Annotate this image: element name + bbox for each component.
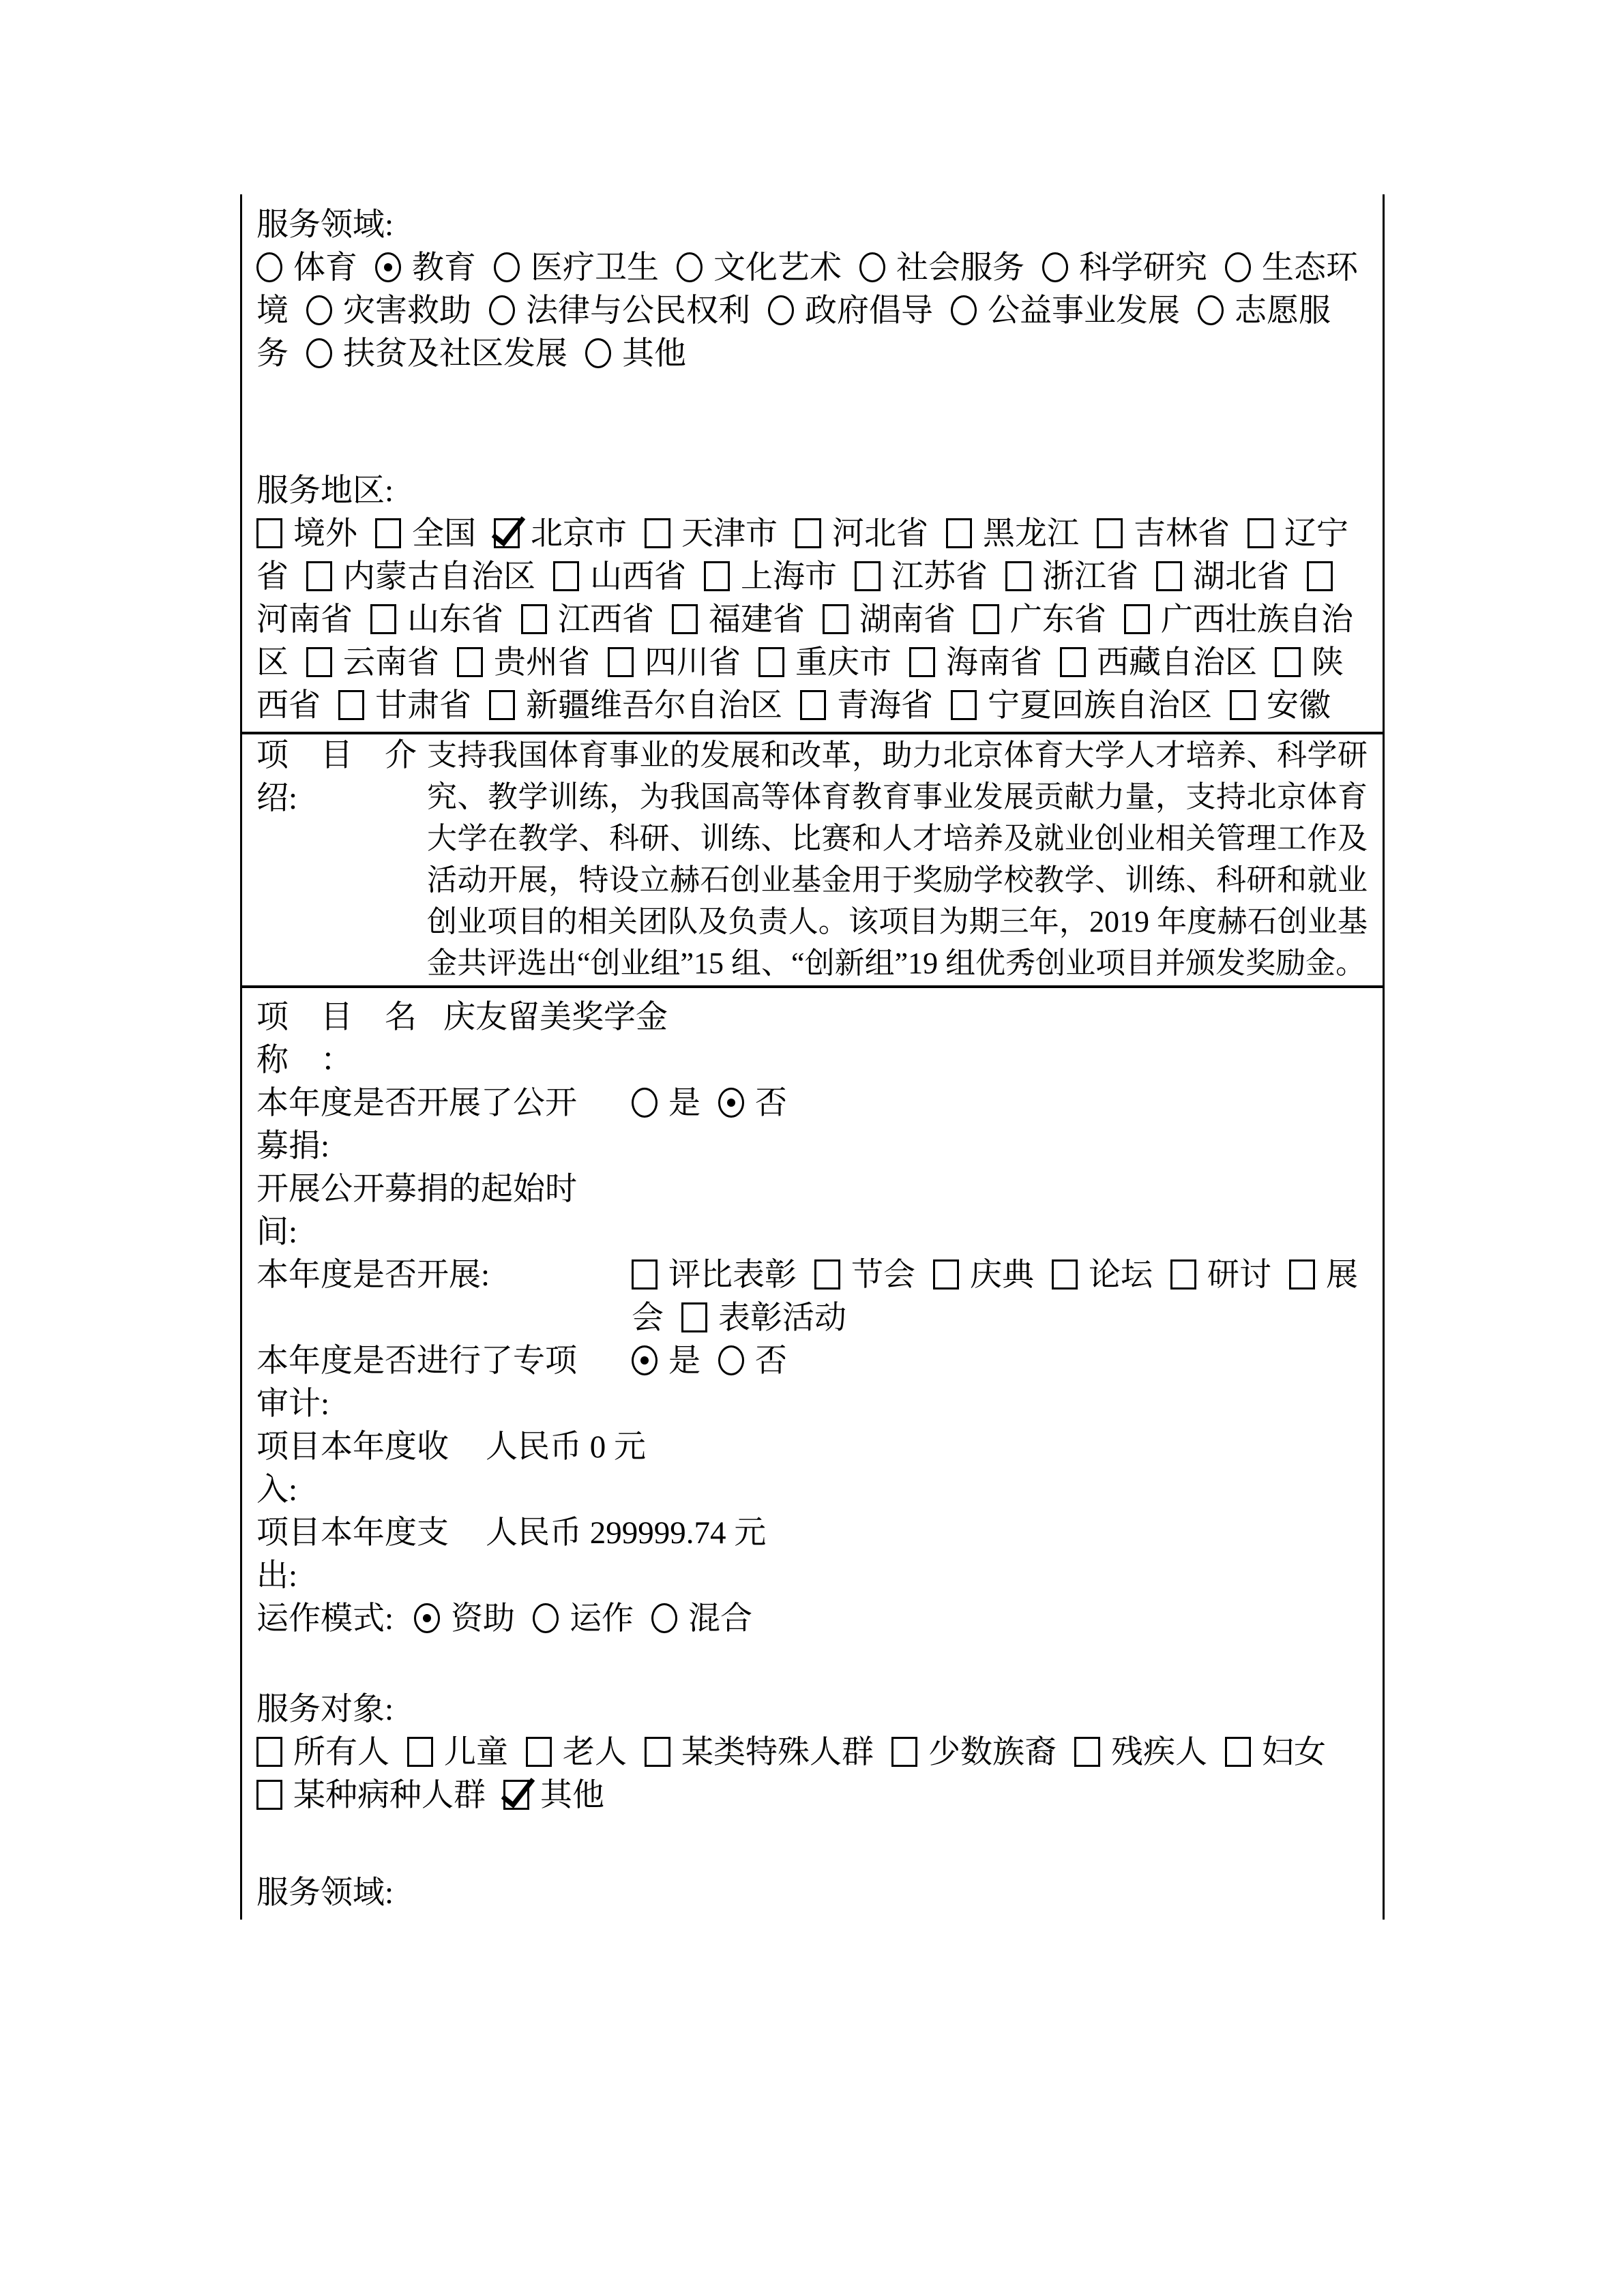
radio-option[interactable]: 混合 bbox=[651, 1601, 770, 1637]
checkbox-option[interactable]: 浙江省 bbox=[1005, 559, 1156, 595]
checkbox-option[interactable]: 论坛 bbox=[1052, 1257, 1170, 1293]
radio-option-label: 否 bbox=[755, 1343, 787, 1379]
checkbox-icon[interactable] bbox=[951, 690, 977, 720]
checkbox-option[interactable]: 全国 bbox=[375, 516, 494, 552]
checkbox-option-label: 妇女 bbox=[1262, 1735, 1326, 1770]
checkbox-icon[interactable] bbox=[553, 561, 579, 591]
checkbox-option-label: 北京市 bbox=[531, 516, 627, 552]
radio-option[interactable]: 体育 bbox=[256, 250, 375, 286]
public-fundraising-label: 本年度是否开展了公开募捐: bbox=[256, 1082, 604, 1168]
checkbox-option[interactable]: 重庆市 bbox=[758, 645, 909, 681]
checkbox-icon[interactable] bbox=[855, 561, 881, 591]
checkbox-option[interactable]: 评比表彰 bbox=[632, 1257, 814, 1293]
checkbox-option[interactable]: 天津市 bbox=[645, 516, 795, 552]
checkbox-option[interactable]: 新疆维吾尔自治区 bbox=[489, 688, 800, 724]
checkbox-icon[interactable] bbox=[1156, 561, 1182, 591]
checkbox-option-label: 少数族裔 bbox=[928, 1735, 1057, 1770]
checkbox-icon[interactable] bbox=[814, 1259, 840, 1289]
checkbox-option[interactable]: 甘肃省 bbox=[338, 688, 489, 724]
annual-expense-value: 人民币 299999.74 元 bbox=[468, 1512, 1370, 1555]
radio-option-label: 教育 bbox=[412, 250, 476, 286]
annual-income-value: 人民币 0 元 bbox=[468, 1426, 1370, 1469]
checkbox-option-label: 黑龙江 bbox=[983, 516, 1079, 552]
operation-mode-radio-group: 资助运作混合 bbox=[414, 1601, 770, 1637]
checkbox-option-label: 河北省 bbox=[832, 516, 928, 552]
checkbox-option-label: 青海省 bbox=[837, 688, 933, 724]
special-audit-radio-group: 是否 bbox=[604, 1340, 1370, 1383]
radio-icon[interactable] bbox=[768, 295, 794, 325]
radio-option-label: 社会服务 bbox=[896, 250, 1024, 286]
radio-icon[interactable] bbox=[1198, 295, 1224, 325]
checkbox-option-label: 内蒙古自治区 bbox=[343, 559, 535, 595]
radio-icon[interactable] bbox=[632, 1088, 658, 1118]
checkbox-option-label: 所有人 bbox=[293, 1735, 389, 1770]
radio-option-label: 是 bbox=[668, 1343, 700, 1379]
checkbox-option[interactable]: 湖北省 bbox=[1156, 559, 1307, 595]
checkbox-icon[interactable] bbox=[1170, 1259, 1196, 1289]
checkbox-option[interactable]: 北京市 bbox=[494, 516, 645, 552]
project-intro-text: 支持我国体育事业的发展和改革，助力北京体育大学人才培养、科学研究、教学训练，为我… bbox=[427, 734, 1370, 985]
radio-option-label: 政府倡导 bbox=[805, 293, 933, 329]
checkbox-option[interactable]: 残疾人 bbox=[1074, 1735, 1225, 1770]
checkbox-option-label: 论坛 bbox=[1089, 1257, 1153, 1293]
radio-icon[interactable] bbox=[677, 252, 703, 282]
checkbox-option-label: 福建省 bbox=[709, 602, 805, 638]
service-field-heading-next: 服务领域: bbox=[256, 1872, 1370, 1915]
checkbox-icon[interactable] bbox=[1060, 647, 1086, 677]
radio-option-label: 扶贫及社区发展 bbox=[343, 336, 567, 372]
checkbox-icon[interactable] bbox=[795, 518, 821, 548]
radio-option[interactable]: 其他 bbox=[585, 336, 704, 372]
radio-icon[interactable] bbox=[651, 1603, 677, 1633]
radio-option-label: 是 bbox=[668, 1086, 700, 1121]
checkbox-icon[interactable] bbox=[375, 518, 401, 548]
radio-option[interactable]: 公益事业发展 bbox=[951, 293, 1198, 329]
checkbox-option-label: 某类特殊人群 bbox=[681, 1735, 874, 1770]
checkbox-icon[interactable] bbox=[1124, 604, 1150, 634]
checkbox-icon[interactable] bbox=[1225, 1737, 1251, 1767]
annual-expense-label: 项目本年度支出: bbox=[256, 1512, 468, 1598]
radio-option-label: 运作 bbox=[570, 1601, 634, 1637]
service-field-radio-group: 体育教育医疗卫生文化艺术社会服务科学研究生态环境灾害救助法律与公民权利政府倡导公… bbox=[256, 247, 1370, 376]
radio-icon[interactable] bbox=[533, 1603, 559, 1633]
checkbox-option[interactable]: 吉林省 bbox=[1097, 516, 1247, 552]
checkbox-option[interactable]: 上海市 bbox=[704, 559, 855, 595]
checkbox-icon[interactable] bbox=[503, 1780, 529, 1810]
checkbox-option[interactable]: 贵州省 bbox=[457, 645, 608, 681]
section-prev-project-services: 服务领域: 体育教育医疗卫生文化艺术社会服务科学研究生态环境灾害救助法律与公民权… bbox=[242, 194, 1383, 734]
checkbox-icon[interactable] bbox=[909, 647, 935, 677]
checkbox-option[interactable]: 某类特殊人群 bbox=[645, 1735, 891, 1770]
checkbox-option[interactable]: 所有人 bbox=[256, 1735, 407, 1770]
service-target-checkbox-group: 所有人儿童老人某类特殊人群少数族裔残疾人妇女某种病种人群其他 bbox=[256, 1731, 1370, 1817]
checkbox-option[interactable]: 湖南省 bbox=[823, 602, 973, 638]
radio-icon[interactable] bbox=[718, 1345, 744, 1375]
field-activities: 本年度是否开展: 评比表彰节会庆典论坛研讨展会表彰活动 bbox=[256, 1254, 1370, 1340]
radio-icon[interactable] bbox=[1225, 252, 1251, 282]
radio-icon[interactable] bbox=[859, 252, 885, 282]
checkbox-option-label: 某种病种人群 bbox=[293, 1778, 486, 1813]
checkbox-option[interactable]: 表彰活动 bbox=[681, 1300, 864, 1336]
checkbox-option-label: 甘肃省 bbox=[375, 688, 471, 724]
radio-icon[interactable] bbox=[306, 338, 332, 368]
radio-option[interactable]: 政府倡导 bbox=[768, 293, 951, 329]
radio-option-label: 灾害救助 bbox=[343, 293, 471, 329]
field-public-fundraising: 本年度是否开展了公开募捐: 是否 bbox=[256, 1082, 1370, 1168]
radio-icon[interactable] bbox=[256, 252, 282, 282]
checkbox-icon[interactable] bbox=[457, 647, 483, 677]
checkbox-icon[interactable] bbox=[1074, 1737, 1100, 1767]
checkbox-option-label: 老人 bbox=[563, 1735, 627, 1770]
radio-option-label: 法律与公民权利 bbox=[526, 293, 750, 329]
checkbox-option[interactable]: 云南省 bbox=[306, 645, 457, 681]
checkbox-icon[interactable] bbox=[489, 690, 515, 720]
radio-option-label: 否 bbox=[755, 1086, 787, 1121]
checkbox-option[interactable]: 节会 bbox=[814, 1257, 933, 1293]
annual-income-label: 项目本年度收入: bbox=[256, 1426, 468, 1512]
checkbox-icon[interactable] bbox=[370, 604, 396, 634]
checkbox-option-label: 江西省 bbox=[558, 602, 654, 638]
checkbox-option[interactable]: 其他 bbox=[503, 1778, 622, 1813]
field-annual-expense: 项目本年度支出: 人民币 299999.74 元 bbox=[256, 1512, 1370, 1598]
checkbox-option-label: 研讨 bbox=[1207, 1257, 1271, 1293]
radio-icon[interactable] bbox=[494, 252, 520, 282]
project-name-value: 庆友留美奖学金 bbox=[426, 996, 1370, 1039]
activities-checkbox-group: 评比表彰节会庆典论坛研讨展会表彰活动 bbox=[604, 1254, 1370, 1340]
special-audit-label: 本年度是否进行了专项审计: bbox=[256, 1340, 604, 1426]
checkbox-option[interactable]: 某种病种人群 bbox=[256, 1778, 503, 1813]
checkbox-option[interactable]: 妇女 bbox=[1225, 1735, 1344, 1770]
checkbox-option[interactable]: 山东省 bbox=[370, 602, 521, 638]
annual-report-table: 服务领域: 体育教育医疗卫生文化艺术社会服务科学研究生态环境灾害救助法律与公民权… bbox=[240, 194, 1385, 1920]
radio-option[interactable]: 否 bbox=[718, 1343, 805, 1379]
radio-option-label: 文化艺术 bbox=[713, 250, 842, 286]
radio-option[interactable]: 社会服务 bbox=[859, 250, 1042, 286]
checkbox-option[interactable]: 西藏自治区 bbox=[1060, 645, 1275, 681]
checkbox-option[interactable]: 宁夏回族自治区 bbox=[951, 688, 1230, 724]
checkbox-option[interactable]: 儿童 bbox=[407, 1735, 526, 1770]
project-name-label: 项 目 名 称 ： bbox=[256, 996, 426, 1082]
radio-icon[interactable] bbox=[489, 295, 515, 325]
checkbox-option-label: 表彰活动 bbox=[718, 1300, 846, 1336]
radio-icon[interactable] bbox=[585, 338, 611, 368]
radio-icon[interactable] bbox=[718, 1088, 744, 1118]
checkbox-icon[interactable] bbox=[704, 561, 730, 591]
checkbox-option-label: 儿童 bbox=[444, 1735, 508, 1770]
checkbox-icon[interactable] bbox=[1307, 561, 1333, 591]
checkbox-option-label: 云南省 bbox=[343, 645, 439, 681]
checkbox-icon[interactable] bbox=[256, 1737, 282, 1767]
radio-icon[interactable] bbox=[951, 295, 977, 325]
radio-option-label: 科学研究 bbox=[1079, 250, 1207, 286]
radio-option-label: 体育 bbox=[293, 250, 357, 286]
radio-icon[interactable] bbox=[632, 1345, 658, 1375]
service-area-heading: 服务地区: bbox=[256, 470, 1370, 513]
checkbox-option-label: 宁夏回族自治区 bbox=[988, 688, 1212, 724]
checkbox-icon[interactable] bbox=[1247, 518, 1273, 548]
checkbox-icon[interactable] bbox=[306, 561, 332, 591]
checkbox-option-label: 浙江省 bbox=[1042, 559, 1138, 595]
activities-label: 本年度是否开展: bbox=[256, 1254, 604, 1297]
checkbox-option-label: 山西省 bbox=[590, 559, 686, 595]
checkbox-option-label: 上海市 bbox=[741, 559, 837, 595]
radio-option[interactable]: 灾害救助 bbox=[306, 293, 489, 329]
checkbox-icon[interactable] bbox=[800, 690, 826, 720]
checkbox-option-label: 境外 bbox=[293, 516, 357, 552]
checkbox-icon[interactable] bbox=[1097, 518, 1123, 548]
checkbox-option-label: 四川省 bbox=[645, 645, 741, 681]
checkbox-icon[interactable] bbox=[1005, 561, 1031, 591]
checkbox-option-label: 江苏省 bbox=[891, 559, 988, 595]
radio-option[interactable]: 文化艺术 bbox=[677, 250, 859, 286]
checkbox-option[interactable]: 境外 bbox=[256, 516, 375, 552]
public-fundraising-radio-group: 是否 bbox=[604, 1082, 1370, 1125]
radio-icon[interactable] bbox=[414, 1603, 440, 1633]
radio-option-label: 公益事业发展 bbox=[988, 293, 1180, 329]
checkbox-option-label: 评比表彰 bbox=[668, 1257, 797, 1293]
radio-icon[interactable] bbox=[375, 252, 401, 282]
checkbox-icon[interactable] bbox=[823, 604, 848, 634]
field-operation-mode: 运作模式:资助运作混合 bbox=[256, 1598, 1370, 1641]
field-project-name: 项 目 名 称 ： 庆友留美奖学金 bbox=[256, 996, 1370, 1082]
checkbox-option-label: 全国 bbox=[412, 516, 476, 552]
checkbox-icon[interactable] bbox=[645, 518, 670, 548]
checkbox-option[interactable]: 老人 bbox=[526, 1735, 645, 1770]
radio-option-label: 混合 bbox=[688, 1601, 752, 1637]
checkbox-option[interactable]: 广东省 bbox=[973, 602, 1124, 638]
checkbox-icon[interactable] bbox=[1275, 647, 1301, 677]
service-field-heading: 服务领域: bbox=[256, 204, 1370, 247]
field-special-audit: 本年度是否进行了专项审计: 是否 bbox=[256, 1340, 1370, 1426]
checkbox-option-label: 天津市 bbox=[681, 516, 778, 552]
checkbox-option[interactable]: 四川省 bbox=[608, 645, 758, 681]
service-area-checkbox-group: 境外全国北京市天津市河北省黑龙江吉林省辽宁省内蒙古自治区山西省上海市江苏省浙江省… bbox=[256, 513, 1370, 734]
checkbox-option[interactable]: 江西省 bbox=[521, 602, 672, 638]
radio-option[interactable]: 法律与公民权利 bbox=[489, 293, 768, 329]
checkbox-icon[interactable] bbox=[672, 604, 698, 634]
checkbox-option[interactable]: 河北省 bbox=[795, 516, 946, 552]
radio-option[interactable]: 是 bbox=[632, 1343, 718, 1379]
checkbox-icon[interactable] bbox=[608, 647, 634, 677]
checkbox-icon[interactable] bbox=[521, 604, 547, 634]
radio-icon[interactable] bbox=[306, 295, 332, 325]
checkbox-icon[interactable] bbox=[1230, 690, 1256, 720]
checkbox-option[interactable]: 庆典 bbox=[933, 1257, 1052, 1293]
checkbox-icon[interactable] bbox=[946, 518, 972, 548]
checkbox-icon[interactable] bbox=[891, 1737, 917, 1767]
checkbox-icon[interactable] bbox=[681, 1302, 707, 1332]
checkbox-option-label: 残疾人 bbox=[1111, 1735, 1207, 1770]
radio-option[interactable]: 运作 bbox=[533, 1601, 651, 1637]
checkbox-icon[interactable] bbox=[526, 1737, 552, 1767]
checkbox-option-label: 海南省 bbox=[946, 645, 1042, 681]
fundraising-start-label: 开展公开募捐的起始时间: bbox=[256, 1168, 604, 1254]
checkbox-icon[interactable] bbox=[494, 518, 520, 548]
radio-option[interactable]: 扶贫及社区发展 bbox=[306, 336, 585, 372]
checkbox-option[interactable]: 黑龙江 bbox=[946, 516, 1097, 552]
checkbox-icon[interactable] bbox=[1052, 1259, 1078, 1289]
checkbox-option[interactable]: 青海省 bbox=[800, 688, 951, 724]
checkbox-icon[interactable] bbox=[407, 1737, 433, 1767]
radio-option[interactable]: 资助 bbox=[414, 1601, 533, 1637]
checkbox-option-label: 山东省 bbox=[407, 602, 503, 638]
checkbox-option-label: 西藏自治区 bbox=[1097, 645, 1257, 681]
field-fundraising-start-time: 开展公开募捐的起始时间: bbox=[256, 1168, 1370, 1254]
checkbox-icon[interactable] bbox=[306, 647, 332, 677]
checkbox-option[interactable]: 内蒙古自治区 bbox=[306, 559, 553, 595]
checkbox-icon[interactable] bbox=[256, 1780, 282, 1810]
radio-option[interactable]: 科学研究 bbox=[1042, 250, 1225, 286]
radio-option[interactable]: 医疗卫生 bbox=[494, 250, 677, 286]
checkbox-option[interactable]: 福建省 bbox=[672, 602, 823, 638]
checkbox-option-label: 其他 bbox=[540, 1778, 604, 1813]
checkbox-icon[interactable] bbox=[338, 690, 364, 720]
checkbox-icon[interactable] bbox=[933, 1259, 959, 1289]
checkbox-option-label: 庆典 bbox=[970, 1257, 1034, 1293]
checkbox-option-label: 新疆维吾尔自治区 bbox=[526, 688, 782, 724]
radio-option-label: 资助 bbox=[451, 1601, 515, 1637]
radio-option[interactable]: 是 bbox=[632, 1086, 718, 1121]
checkbox-option[interactable]: 研讨 bbox=[1170, 1257, 1289, 1293]
checkbox-icon[interactable] bbox=[758, 647, 784, 677]
checkbox-option[interactable]: 海南省 bbox=[909, 645, 1060, 681]
checkbox-option[interactable]: 少数族裔 bbox=[891, 1735, 1074, 1770]
checkbox-option-label: 湖北省 bbox=[1193, 559, 1289, 595]
checkbox-option-label: 河南省 bbox=[256, 602, 353, 638]
checkbox-option[interactable]: 江苏省 bbox=[855, 559, 1005, 595]
field-annual-income: 项目本年度收入: 人民币 0 元 bbox=[256, 1426, 1370, 1512]
checkbox-option[interactable]: 山西省 bbox=[553, 559, 704, 595]
radio-option-label: 其他 bbox=[622, 336, 686, 372]
operation-mode-label: 运作模式: bbox=[256, 1601, 394, 1637]
radio-icon[interactable] bbox=[1042, 252, 1068, 282]
checkbox-icon[interactable] bbox=[256, 518, 282, 548]
radio-option[interactable]: 否 bbox=[718, 1086, 805, 1121]
radio-option-label: 医疗卫生 bbox=[531, 250, 659, 286]
checkbox-icon[interactable] bbox=[1289, 1259, 1315, 1289]
checkbox-option-label: 吉林省 bbox=[1134, 516, 1230, 552]
checkbox-option-label: 贵州省 bbox=[494, 645, 590, 681]
section-project-detail: 项 目 名 称 ： 庆友留美奖学金 本年度是否开展了公开募捐: 是否 开展公开募… bbox=[242, 988, 1383, 1917]
project-intro-label: 项 目 介 绍: bbox=[256, 734, 427, 985]
checkbox-icon[interactable] bbox=[973, 604, 999, 634]
checkbox-option-label: 重庆市 bbox=[795, 645, 891, 681]
radio-option[interactable]: 教育 bbox=[375, 250, 494, 286]
checkbox-icon[interactable] bbox=[632, 1259, 658, 1289]
checkbox-icon[interactable] bbox=[645, 1737, 670, 1767]
checkbox-option-label: 湖南省 bbox=[859, 602, 956, 638]
service-target-heading: 服务对象: bbox=[256, 1688, 1370, 1731]
section-project-intro: 项 目 介 绍: 支持我国体育事业的发展和改革，助力北京体育大学人才培养、科学研… bbox=[242, 734, 1383, 988]
checkbox-option-label: 广东省 bbox=[1010, 602, 1106, 638]
checkbox-option-label: 节会 bbox=[851, 1257, 915, 1293]
